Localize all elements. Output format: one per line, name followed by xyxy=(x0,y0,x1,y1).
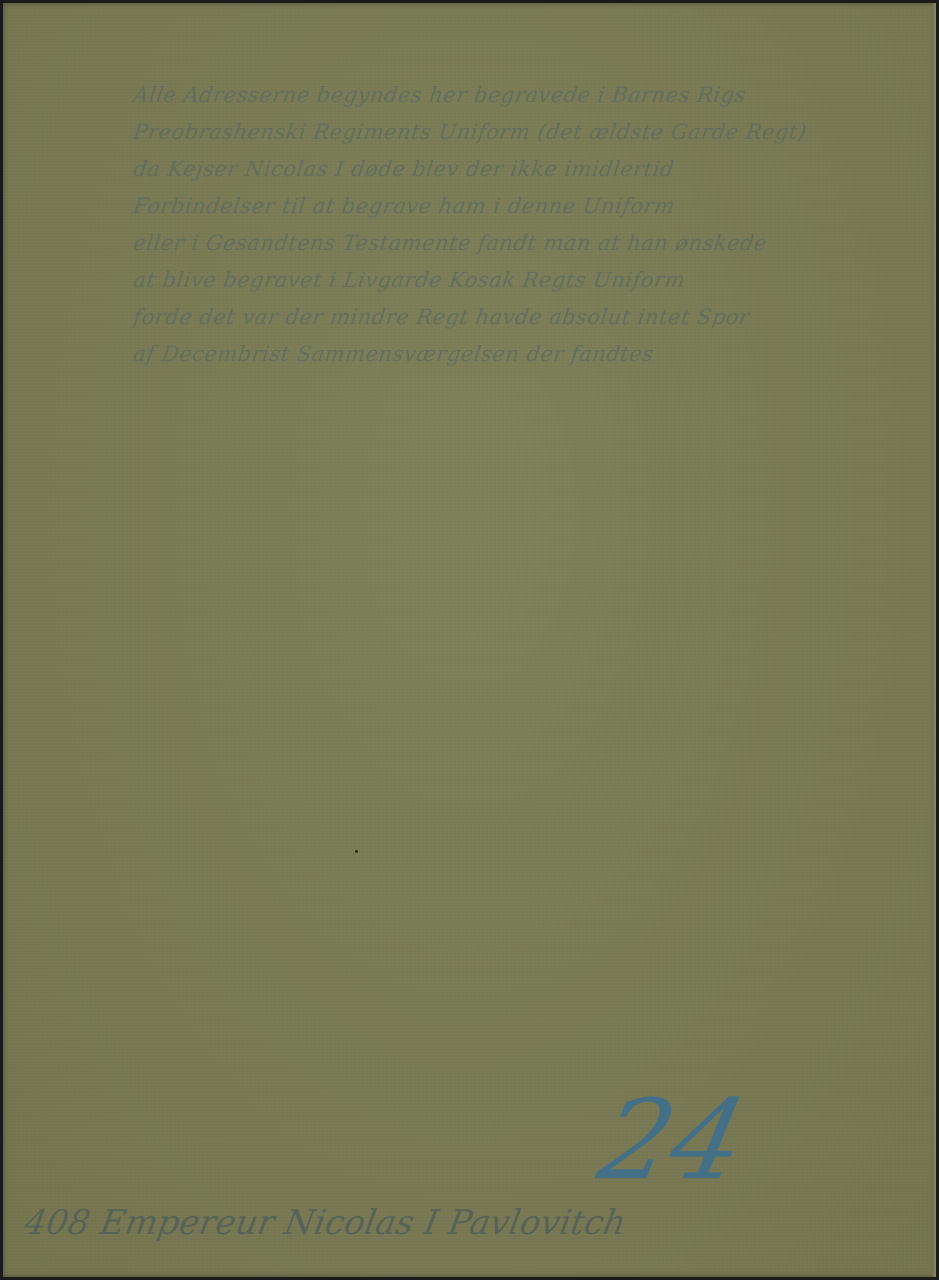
ink-speck xyxy=(355,850,358,853)
handwritten-line: Alle Adresserne begyndes her begravede i… xyxy=(131,77,896,114)
handwritten-line: da Kejser Nicolas I døde blev der ikke i… xyxy=(131,151,896,188)
page-number: 24 xyxy=(589,1075,757,1205)
handwritten-line: at blive begravet i Livgarde Kosak Regts… xyxy=(131,262,896,299)
handwritten-line: Forbindelser til at begrave ham i denne … xyxy=(131,188,896,225)
handwritten-line: Preobrashenski Regiments Uniform (det æl… xyxy=(131,114,896,151)
document-card: Alle Adresserne begyndes her begravede i… xyxy=(3,3,936,1277)
card-edge xyxy=(932,3,936,1277)
handwritten-text-block: Alle Adresserne begyndes her begravede i… xyxy=(131,77,891,373)
handwritten-line: eller i Gesandtens Testamente fandt man … xyxy=(131,225,896,262)
handwritten-line: af Decembrist Sammensværgelsen der fandt… xyxy=(131,336,896,373)
handwritten-line: forde det var der mindre Regt havde abso… xyxy=(131,299,896,336)
caption: 408 Empereur Nicolas I Pavlovitch xyxy=(21,1198,630,1248)
